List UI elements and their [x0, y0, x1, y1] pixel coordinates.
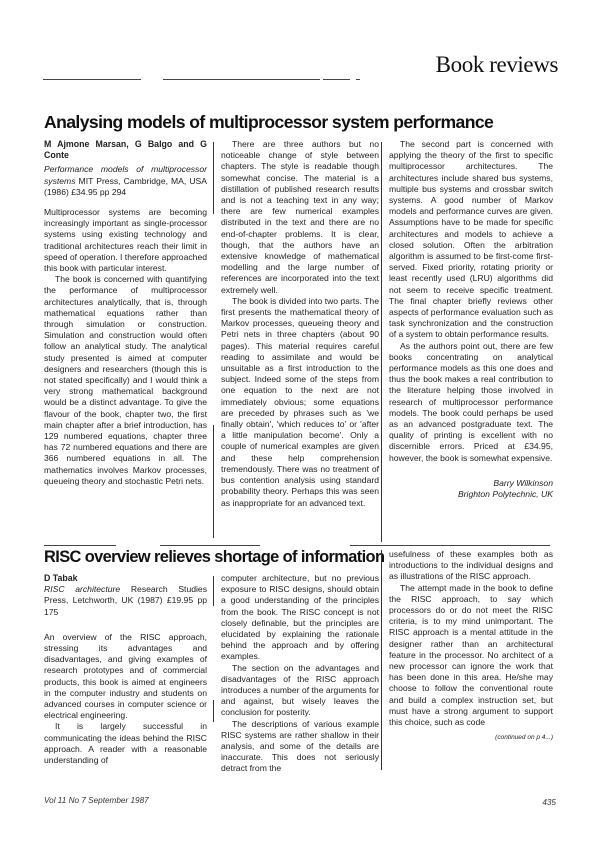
review2-authors: D Tabak [44, 573, 207, 584]
column-divider [213, 425, 214, 538]
header-rule-2 [163, 79, 320, 80]
review2-paragraph: It is largely successful in communicatin… [44, 721, 207, 766]
review2-column-1: D Tabak RISC architecture Research Studi… [44, 573, 207, 766]
header-rule-3 [323, 79, 350, 80]
review1-paragraph: The book is concerned with quantifying t… [44, 274, 207, 487]
review2-paragraph: computer architecture, but no previous e… [221, 573, 379, 663]
review2-paragraph: An overview of the RISC approach, stress… [44, 632, 207, 722]
review1-signoff: Barry Wilkinson Brighton Polytechnic, UK [389, 478, 553, 500]
column-divider [381, 142, 382, 542]
review1-title: Analysing models of multiprocessor syste… [44, 112, 493, 133]
review1-paragraph: As the authors point out, there are few … [389, 341, 553, 464]
review1-paragraph: Multiprocessor systems are becoming incr… [44, 207, 207, 274]
review2-paragraph: usefulness of these examples both as int… [389, 549, 553, 583]
separator-rule [160, 545, 260, 546]
separator-rule [350, 545, 550, 546]
column-divider [381, 550, 382, 770]
journal-page: Book reviews Analysing models of multipr… [0, 0, 600, 850]
review1-paragraph: The second part is concerned with applyi… [389, 139, 553, 341]
review2-column-3: usefulness of these examples both as int… [389, 549, 553, 743]
header-rule-1 [43, 79, 141, 80]
reviewer-affiliation: Brighton Polytechnic, UK [389, 489, 553, 500]
column-divider [213, 700, 214, 722]
reviewer-name: Barry Wilkinson [389, 478, 553, 489]
separator-rule [44, 545, 116, 546]
header-rule-4 [356, 79, 360, 80]
review1-paragraph: There are three authors but no noticeabl… [221, 139, 379, 296]
review2-title: RISC overview relieves shortage of infor… [44, 548, 384, 567]
review1-paragraph: The book is divided into two parts. The … [221, 296, 379, 509]
review1-column-2: There are three authors but no noticeabl… [221, 139, 379, 509]
review1-column-3: The second part is concerned with applyi… [389, 139, 553, 500]
column-divider [213, 142, 214, 214]
review2-book-title: RISC architecture [44, 584, 120, 594]
page-number: 435 [542, 798, 556, 807]
continued-note: (continued on p 4...) [389, 732, 553, 743]
review1-bibliography: Performance models of multiprocessor sys… [44, 164, 207, 198]
review1-column-1: M Ajmone Marsan, G Balgo and G Conte Per… [44, 139, 207, 487]
review2-paragraph: The section on the advantages and disadv… [221, 663, 379, 719]
review2-column-2: computer architecture, but no previous e… [221, 573, 379, 775]
issue-info: Vol 11 No 7 September 1987 [44, 796, 149, 805]
section-title: Book reviews [436, 52, 558, 78]
column-divider [213, 576, 214, 606]
review2-paragraph: The descriptions of various example RISC… [221, 719, 379, 775]
review2-paragraph: The attempt made in the book to define t… [389, 583, 553, 729]
review1-authors: M Ajmone Marsan, G Balgo and G Conte [44, 139, 207, 161]
review2-bibliography: RISC architecture Research Studies Press… [44, 584, 207, 618]
